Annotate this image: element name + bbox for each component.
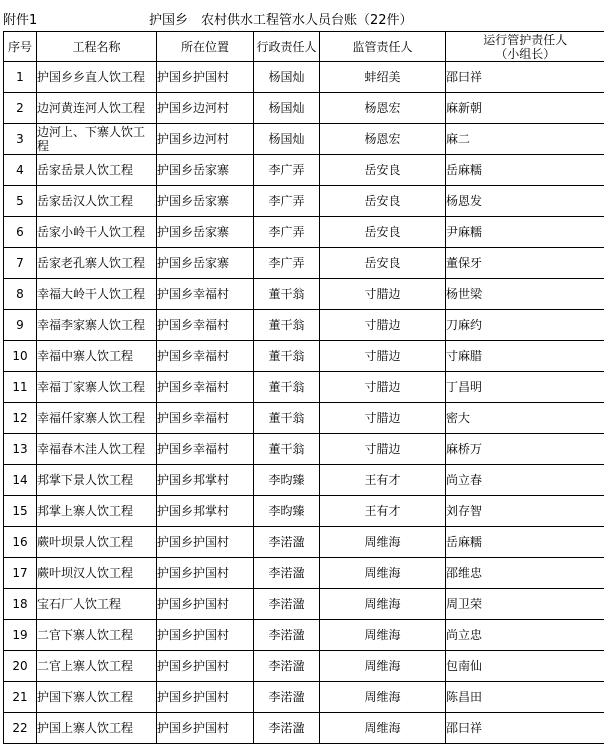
table-row: 1 护国乡乡直人饮工程 护国乡护国村 杨国灿 蚌绍美 邵曰祥 [4, 62, 604, 93]
table-row: 3 边河上、下寨人饮工程 护国乡边河村 杨国灿 杨恩宏 麻二 [4, 124, 604, 155]
cell-admin-responsible: 李渃溋 [254, 682, 320, 713]
cell-serial-number: 8 [4, 279, 37, 310]
attachment-label: 附件1 [3, 9, 37, 28]
cell-location: 护国乡岳家寨 [157, 248, 254, 279]
table-row: 22 护国上寨人饮工程 护国乡护国村 李渃溋 周维海 邵曰祥 [4, 713, 604, 744]
table-row: 13 幸福春木洼人饮工程 护国乡幸福村 董干翁 寸腊边 麻桥万 [4, 434, 604, 465]
cell-operator-responsible: 刀麻约 [446, 310, 604, 341]
cell-serial-number: 12 [4, 403, 37, 434]
cell-admin-responsible: 杨国灿 [254, 62, 320, 93]
cell-operator-responsible: 尹麻糯 [446, 217, 604, 248]
cell-location: 护国乡岳家寨 [157, 186, 254, 217]
table-row: 16 蕨叶坝景人饮工程 护国乡护国村 李渃溋 周维海 岳麻糯 [4, 527, 604, 558]
cell-supervisor-responsible: 寸腊边 [320, 341, 446, 372]
cell-location: 护国乡护国村 [157, 558, 254, 589]
cell-serial-number: 18 [4, 589, 37, 620]
cell-location: 护国乡护国村 [157, 527, 254, 558]
cell-admin-responsible: 杨国灿 [254, 93, 320, 124]
cell-project-name: 岳家岳景人饮工程 [37, 155, 157, 186]
cell-operator-responsible: 麻二 [446, 124, 604, 155]
table-row: 14 邦掌下景人饮工程 护国乡邦掌村 李昀臻 王有才 尚立春 [4, 465, 604, 496]
cell-operator-responsible: 邵曰祥 [446, 713, 604, 744]
cell-supervisor-responsible: 周维海 [320, 527, 446, 558]
cell-location: 护国乡护国村 [157, 62, 254, 93]
cell-location: 护国乡边河村 [157, 124, 254, 155]
cell-operator-responsible: 董保牙 [446, 248, 604, 279]
cell-location: 护国乡幸福村 [157, 279, 254, 310]
cell-admin-responsible: 李广弄 [254, 155, 320, 186]
cell-location: 护国乡幸福村 [157, 372, 254, 403]
cell-project-name: 边河黄连河人饮工程 [37, 93, 157, 124]
cell-serial-number: 20 [4, 651, 37, 682]
cell-operator-responsible: 周卫荣 [446, 589, 604, 620]
header-project-name: 工程名称 [37, 32, 157, 62]
cell-operator-responsible: 寸麻腊 [446, 341, 604, 372]
cell-supervisor-responsible: 周维海 [320, 651, 446, 682]
cell-operator-responsible: 麻桥万 [446, 434, 604, 465]
cell-location: 护国乡护国村 [157, 620, 254, 651]
cell-project-name: 护国乡乡直人饮工程 [37, 62, 157, 93]
cell-serial-number: 15 [4, 496, 37, 527]
cell-serial-number: 10 [4, 341, 37, 372]
table-row: 8 幸福大岭干人饮工程 护国乡幸福村 董干翁 寸腊边 杨世梁 [4, 279, 604, 310]
cell-supervisor-responsible: 杨恩宏 [320, 124, 446, 155]
table-row: 21 护国下寨人饮工程 护国乡护国村 李渃溋 周维海 陈昌田 [4, 682, 604, 713]
table-row: 19 二官下寨人饮工程 护国乡护国村 李渃溋 周维海 尚立忠 [4, 620, 604, 651]
cell-project-name: 幸福丁家寨人饮工程 [37, 372, 157, 403]
cell-admin-responsible: 李渃溋 [254, 713, 320, 744]
cell-project-name: 邦掌上寨人饮工程 [37, 496, 157, 527]
document-header: 附件1 护国乡 农村供水工程管水人员台账（22件） [0, 0, 604, 31]
cell-supervisor-responsible: 周维海 [320, 682, 446, 713]
cell-project-name: 护国上寨人饮工程 [37, 713, 157, 744]
cell-admin-responsible: 李渃溋 [254, 589, 320, 620]
cell-supervisor-responsible: 寸腊边 [320, 434, 446, 465]
cell-supervisor-responsible: 寸腊边 [320, 310, 446, 341]
cell-operator-responsible: 岳麻糯 [446, 155, 604, 186]
cell-location: 护国乡护国村 [157, 713, 254, 744]
cell-location: 护国乡邦掌村 [157, 496, 254, 527]
cell-operator-responsible: 杨世梁 [446, 279, 604, 310]
cell-admin-responsible: 董干翁 [254, 372, 320, 403]
cell-supervisor-responsible: 王有才 [320, 496, 446, 527]
cell-admin-responsible: 李渃溋 [254, 527, 320, 558]
cell-project-name: 护国下寨人饮工程 [37, 682, 157, 713]
header-serial-number: 序号 [4, 32, 37, 62]
cell-project-name: 二官下寨人饮工程 [37, 620, 157, 651]
cell-location: 护国乡幸福村 [157, 341, 254, 372]
cell-location: 护国乡护国村 [157, 651, 254, 682]
page-title: 护国乡 农村供水工程管水人员台账（22件） [149, 9, 413, 28]
cell-admin-responsible: 董干翁 [254, 434, 320, 465]
cell-location: 护国乡护国村 [157, 682, 254, 713]
table-header: 序号 工程名称 所在位置 行政责任人 监管责任人 运行管护责任人 （小组长） [4, 32, 604, 62]
cell-location: 护国乡边河村 [157, 93, 254, 124]
cell-serial-number: 7 [4, 248, 37, 279]
cell-serial-number: 2 [4, 93, 37, 124]
cell-project-name: 邦掌下景人饮工程 [37, 465, 157, 496]
cell-project-name: 幸福仟家寨人饮工程 [37, 403, 157, 434]
cell-project-name: 蕨叶坝景人饮工程 [37, 527, 157, 558]
cell-admin-responsible: 李广弄 [254, 217, 320, 248]
table-row: 15 邦掌上寨人饮工程 护国乡邦掌村 李昀臻 王有才 刘存智 [4, 496, 604, 527]
header-operator-responsible: 运行管护责任人 （小组长） [446, 32, 604, 62]
cell-serial-number: 21 [4, 682, 37, 713]
cell-operator-responsible: 尚立忠 [446, 620, 604, 651]
table-row: 18 宝石厂人饮工程 护国乡护国村 李渃溋 周维海 周卫荣 [4, 589, 604, 620]
cell-operator-responsible: 刘存智 [446, 496, 604, 527]
table-row: 20 二官上寨人饮工程 护国乡护国村 李渃溋 周维海 包南仙 [4, 651, 604, 682]
header-admin-responsible: 行政责任人 [254, 32, 320, 62]
table-row: 7 岳家老孔寨人饮工程 护国乡岳家寨 李广弄 岳安良 董保牙 [4, 248, 604, 279]
cell-operator-responsible: 麻新朝 [446, 93, 604, 124]
cell-project-name: 边河上、下寨人饮工程 [37, 124, 157, 155]
cell-supervisor-responsible: 王有才 [320, 465, 446, 496]
table-row: 2 边河黄连河人饮工程 护国乡边河村 杨国灿 杨恩宏 麻新朝 [4, 93, 604, 124]
cell-project-name: 幸福大岭干人饮工程 [37, 279, 157, 310]
table-row: 9 幸福李家寨人饮工程 护国乡幸福村 董干翁 寸腊边 刀麻约 [4, 310, 604, 341]
cell-admin-responsible: 李广弄 [254, 186, 320, 217]
cell-serial-number: 22 [4, 713, 37, 744]
table-header-row: 序号 工程名称 所在位置 行政责任人 监管责任人 运行管护责任人 （小组长） [4, 32, 604, 62]
cell-supervisor-responsible: 岳安良 [320, 186, 446, 217]
cell-project-name: 幸福春木洼人饮工程 [37, 434, 157, 465]
cell-project-name: 二官上寨人饮工程 [37, 651, 157, 682]
cell-serial-number: 6 [4, 217, 37, 248]
cell-operator-responsible: 尚立春 [446, 465, 604, 496]
cell-location: 护国乡岳家寨 [157, 155, 254, 186]
cell-location: 护国乡护国村 [157, 589, 254, 620]
cell-location: 护国乡岳家寨 [157, 217, 254, 248]
cell-serial-number: 14 [4, 465, 37, 496]
cell-location: 护国乡幸福村 [157, 434, 254, 465]
cell-admin-responsible: 董干翁 [254, 403, 320, 434]
cell-supervisor-responsible: 周维海 [320, 558, 446, 589]
cell-serial-number: 13 [4, 434, 37, 465]
cell-supervisor-responsible: 杨恩宏 [320, 93, 446, 124]
table-row: 10 幸福中寨人饮工程 护国乡幸福村 董干翁 寸腊边 寸麻腊 [4, 341, 604, 372]
table-body: 1 护国乡乡直人饮工程 护国乡护国村 杨国灿 蚌绍美 邵曰祥 2 边河黄连河人饮… [4, 62, 604, 744]
cell-serial-number: 9 [4, 310, 37, 341]
table-row: 12 幸福仟家寨人饮工程 护国乡幸福村 董干翁 寸腊边 密大 [4, 403, 604, 434]
water-personnel-ledger-table: 序号 工程名称 所在位置 行政责任人 监管责任人 运行管护责任人 （小组长） 1… [3, 31, 604, 744]
cell-admin-responsible: 杨国灿 [254, 124, 320, 155]
cell-operator-responsible: 杨恩发 [446, 186, 604, 217]
table-row: 6 岳家小岭干人饮工程 护国乡岳家寨 李广弄 岳安良 尹麻糯 [4, 217, 604, 248]
cell-serial-number: 3 [4, 124, 37, 155]
cell-operator-responsible: 邵曰祥 [446, 62, 604, 93]
cell-project-name: 岳家岳汉人饮工程 [37, 186, 157, 217]
cell-admin-responsible: 李广弄 [254, 248, 320, 279]
cell-project-name: 宝石厂人饮工程 [37, 589, 157, 620]
cell-serial-number: 19 [4, 620, 37, 651]
cell-location: 护国乡幸福村 [157, 310, 254, 341]
cell-admin-responsible: 李昀臻 [254, 465, 320, 496]
cell-location: 护国乡幸福村 [157, 403, 254, 434]
cell-supervisor-responsible: 寸腊边 [320, 372, 446, 403]
cell-admin-responsible: 李渃溋 [254, 620, 320, 651]
cell-operator-responsible: 邵维忠 [446, 558, 604, 589]
cell-supervisor-responsible: 岳安良 [320, 217, 446, 248]
cell-serial-number: 4 [4, 155, 37, 186]
cell-supervisor-responsible: 周维海 [320, 589, 446, 620]
header-location: 所在位置 [157, 32, 254, 62]
table-row: 11 幸福丁家寨人饮工程 护国乡幸福村 董干翁 寸腊边 丁昌明 [4, 372, 604, 403]
cell-admin-responsible: 李昀臻 [254, 496, 320, 527]
cell-supervisor-responsible: 寸腊边 [320, 279, 446, 310]
cell-serial-number: 17 [4, 558, 37, 589]
table-row: 5 岳家岳汉人饮工程 护国乡岳家寨 李广弄 岳安良 杨恩发 [4, 186, 604, 217]
cell-admin-responsible: 董干翁 [254, 279, 320, 310]
cell-supervisor-responsible: 蚌绍美 [320, 62, 446, 93]
cell-serial-number: 5 [4, 186, 37, 217]
cell-supervisor-responsible: 岳安良 [320, 155, 446, 186]
cell-project-name: 岳家老孔寨人饮工程 [37, 248, 157, 279]
cell-project-name: 岳家小岭干人饮工程 [37, 217, 157, 248]
cell-operator-responsible: 陈昌田 [446, 682, 604, 713]
table-row: 4 岳家岳景人饮工程 护国乡岳家寨 李广弄 岳安良 岳麻糯 [4, 155, 604, 186]
cell-serial-number: 16 [4, 527, 37, 558]
cell-serial-number: 1 [4, 62, 37, 93]
cell-operator-responsible: 包南仙 [446, 651, 604, 682]
table-row: 17 蕨叶坝汉人饮工程 护国乡护国村 李渃溋 周维海 邵维忠 [4, 558, 604, 589]
header-supervisor-responsible: 监管责任人 [320, 32, 446, 62]
cell-admin-responsible: 李渃溋 [254, 651, 320, 682]
cell-admin-responsible: 董干翁 [254, 341, 320, 372]
cell-admin-responsible: 董干翁 [254, 310, 320, 341]
cell-supervisor-responsible: 寸腊边 [320, 403, 446, 434]
cell-location: 护国乡邦掌村 [157, 465, 254, 496]
cell-supervisor-responsible: 岳安良 [320, 248, 446, 279]
cell-serial-number: 11 [4, 372, 37, 403]
cell-supervisor-responsible: 周维海 [320, 620, 446, 651]
cell-project-name: 蕨叶坝汉人饮工程 [37, 558, 157, 589]
cell-operator-responsible: 丁昌明 [446, 372, 604, 403]
cell-admin-responsible: 李渃溋 [254, 558, 320, 589]
cell-project-name: 幸福李家寨人饮工程 [37, 310, 157, 341]
cell-operator-responsible: 密大 [446, 403, 604, 434]
cell-operator-responsible: 岳麻糯 [446, 527, 604, 558]
cell-project-name: 幸福中寨人饮工程 [37, 341, 157, 372]
cell-supervisor-responsible: 周维海 [320, 713, 446, 744]
